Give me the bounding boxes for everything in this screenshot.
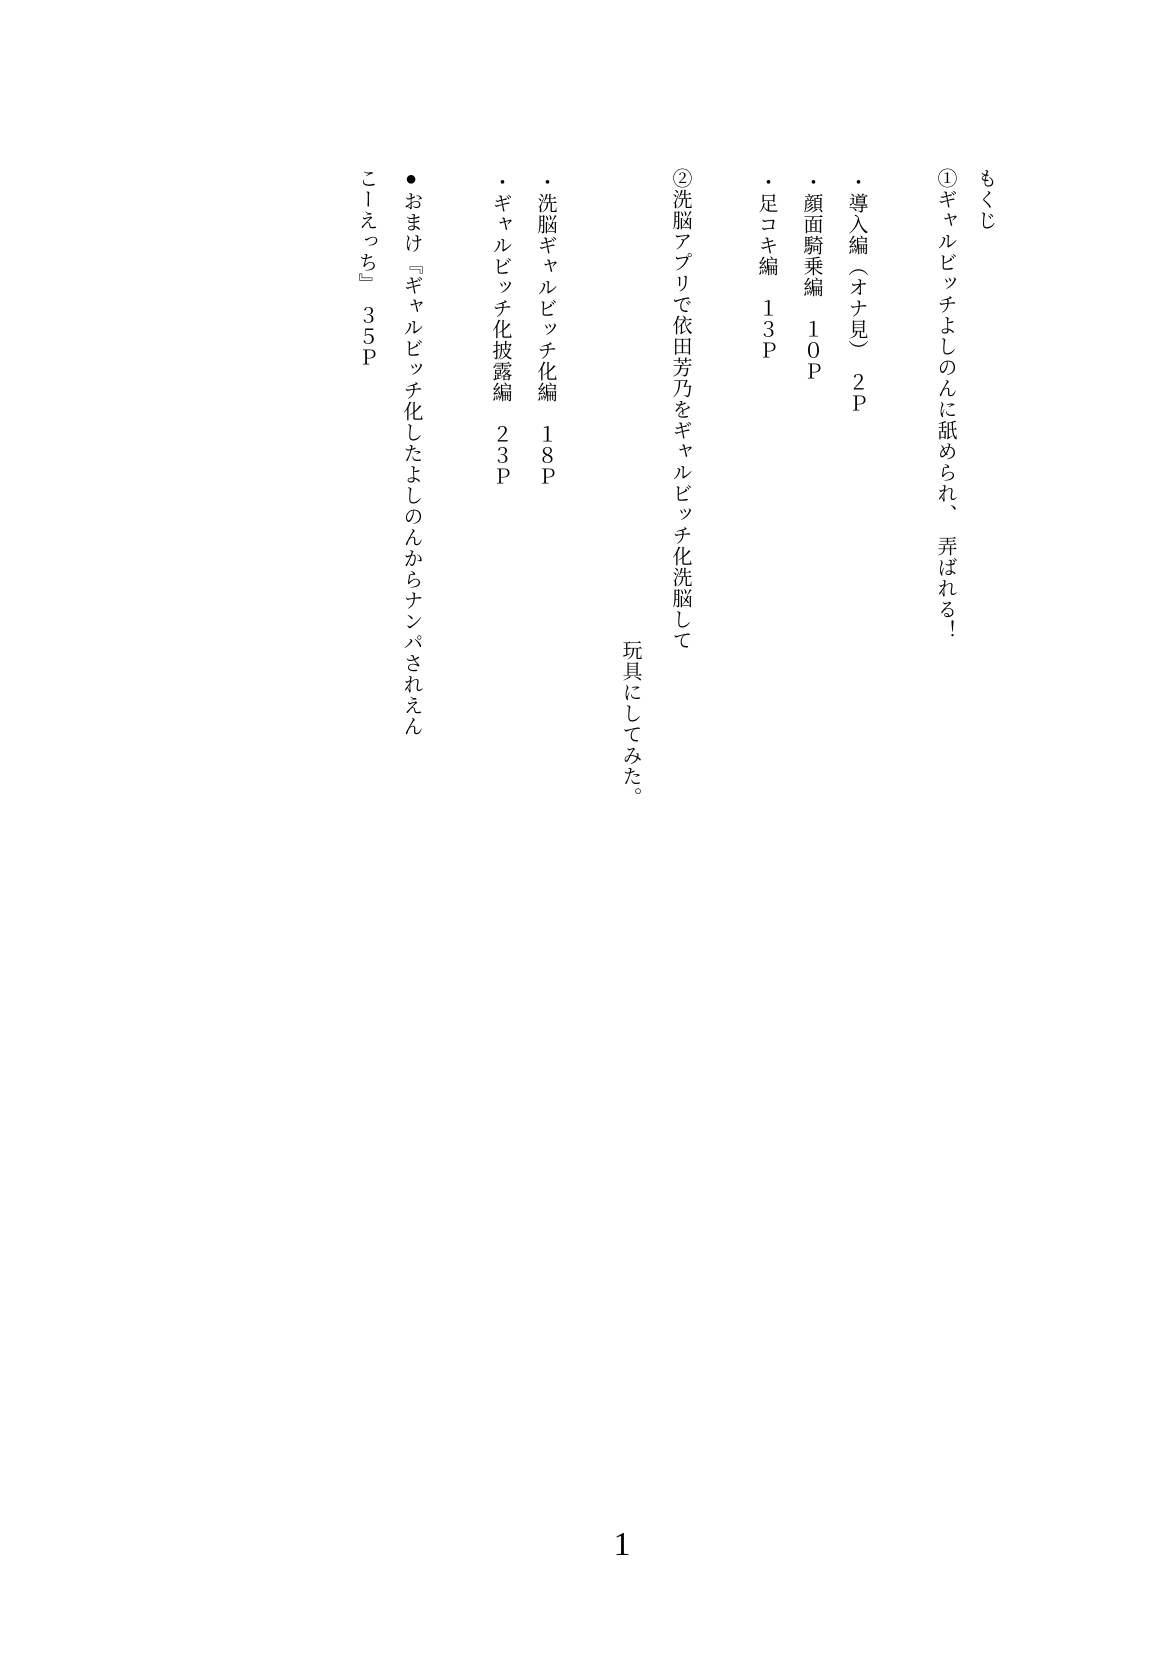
toc-section3-heading-line2: こーえっち』 ３５Ｐ bbox=[355, 168, 377, 368]
toc-item-facesitting: ・顔面騎乗編 １０Ｐ bbox=[800, 172, 822, 382]
toc-title: もくじ bbox=[974, 168, 996, 231]
toc-item-reveal: ・ギャルビッチ化披露編 ２３Ｐ bbox=[489, 172, 511, 487]
toc-section2-heading-line1: ②洗脳アプリで依田芳乃をギャルビッチ化洗脳して bbox=[669, 168, 691, 651]
toc-section2-heading-line2: 玩具にしてみた。 bbox=[619, 640, 641, 808]
toc-item-footjob: ・足コキ編 １３Ｐ bbox=[755, 172, 777, 361]
document-page: もくじ ①ギャルビッチよしのんに舐められ、 弄ばれる！ ・導入編（オナ見） ２Ｐ… bbox=[0, 0, 1166, 1654]
toc-section3-heading-line1: ●おまけ『ギャルビッチ化したよしのんからナンパされえん bbox=[400, 168, 422, 737]
toc-section1-heading: ①ギャルビッチよしのんに舐められ、 弄ばれる！ bbox=[934, 168, 956, 641]
page-number: 1 bbox=[598, 1526, 646, 1564]
toc-item-intro: ・導入編（オナ見） ２Ｐ bbox=[845, 172, 867, 414]
toc-item-brainwash: ・洗脳ギャルビッチ化編 １８Ｐ bbox=[534, 172, 556, 487]
